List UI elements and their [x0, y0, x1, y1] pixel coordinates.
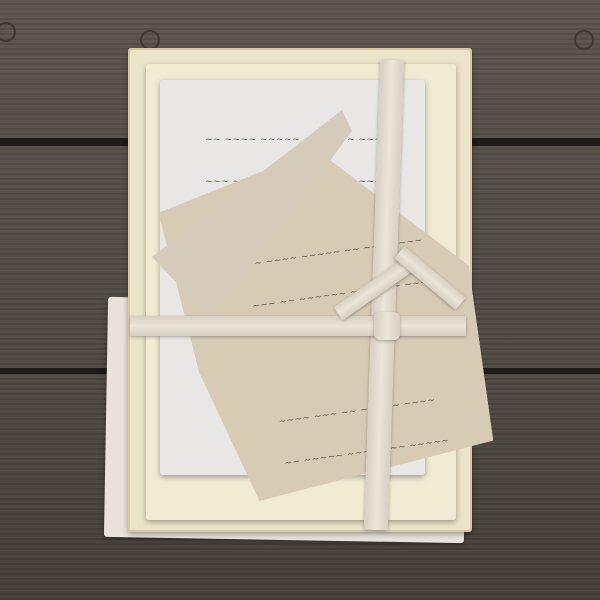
ribbon-knot: [374, 312, 400, 340]
wood-nail-hole: [574, 30, 594, 50]
wood-nail-hole: [140, 30, 160, 50]
ribbon-horizontal: [130, 316, 466, 336]
wood-nail-hole: [0, 22, 16, 42]
photo-scene: ~~ ~~~~ ~~~~~ ~~ ~~~~ ~~~ ~~~ ~~ ~~~~~~ …: [0, 0, 600, 600]
